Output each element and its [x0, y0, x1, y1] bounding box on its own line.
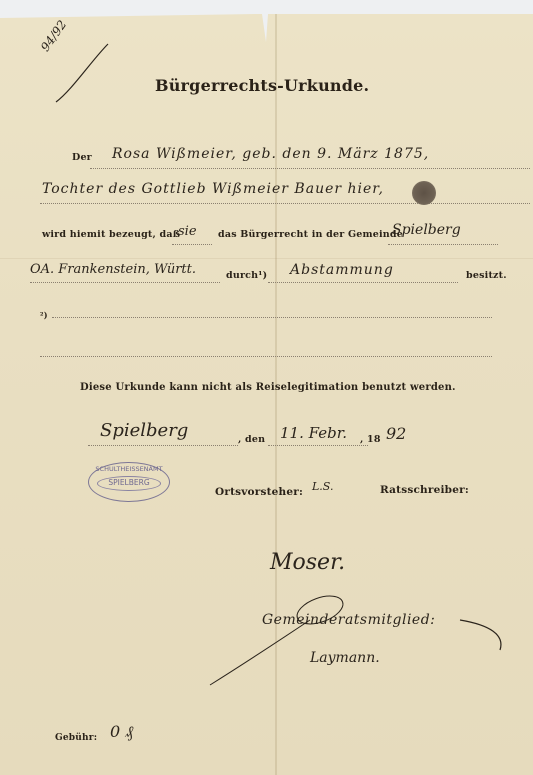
den-label: , den: [238, 434, 265, 445]
ortsvorsteher-mark: L.S.: [312, 480, 333, 493]
place-rule: [88, 445, 238, 446]
line4-rule-a: [30, 282, 220, 283]
document-title: Bürgerrechts-Urkunde.: [155, 76, 369, 95]
line1-prefix: Der: [72, 152, 92, 163]
signature-moser: Moser.: [270, 550, 345, 575]
line4-text-b: besitzt.: [466, 270, 507, 281]
line3-handwritten-a: sie: [178, 224, 197, 239]
year-prefix: , 18: [360, 434, 381, 445]
footnote-rule-2: [40, 356, 492, 357]
place-handwritten: Spielberg: [100, 420, 188, 441]
line4-text-a: durch¹): [226, 270, 267, 281]
stamp-inner-text: SPIELBERG: [97, 476, 161, 491]
official-stamp: SCHULTHEISSENAMT SPIELBERG: [88, 462, 170, 502]
footnote-marker: ²): [40, 310, 48, 320]
line3-handwritten-b: Spielberg: [392, 222, 461, 238]
year-handwritten: 92: [386, 424, 406, 443]
footnote-rule-1: [52, 317, 492, 318]
line1-handwritten: Rosa Wißmeier, geb. den 9. März 1875,: [112, 146, 429, 162]
line4-rule-b: [268, 282, 458, 283]
line3-rule-b: [388, 244, 498, 245]
line2-handwritten: Tochter des Gottlieb Wißmeier Bauer hier…: [42, 181, 384, 197]
line2-rule: [40, 203, 530, 204]
margin-note-stroke: [52, 40, 112, 106]
ink-blot: [412, 181, 436, 205]
fold-crease-horizontal: [0, 258, 533, 259]
signature-flourish: [200, 590, 520, 690]
line4-handwritten-b: Abstammung: [290, 262, 394, 278]
ortsvorsteher-label: Ortsvorsteher:: [215, 486, 303, 498]
line3-rule-a: [172, 244, 212, 245]
line3-text-a: wird hiemit bezeugt, daß: [42, 229, 180, 240]
date-handwritten: 11. Febr.: [280, 424, 347, 442]
notice-text: Diese Urkunde kann nicht als Reiselegiti…: [80, 382, 456, 393]
fee-label: Gebühr:: [55, 733, 97, 743]
stamp-outer-text: SCHULTHEISSENAMT: [89, 465, 169, 473]
line1-rule: [90, 168, 530, 169]
line4-handwritten-a: OA. Frankenstein, Württ.: [30, 262, 196, 277]
ratsschreiber-label: Ratsschreiber:: [380, 484, 469, 496]
line3-text-b: das Bürgerrecht in der Gemeinde: [218, 229, 403, 240]
date-rule: [268, 445, 368, 446]
fee-value: 0 ₰: [110, 722, 133, 742]
